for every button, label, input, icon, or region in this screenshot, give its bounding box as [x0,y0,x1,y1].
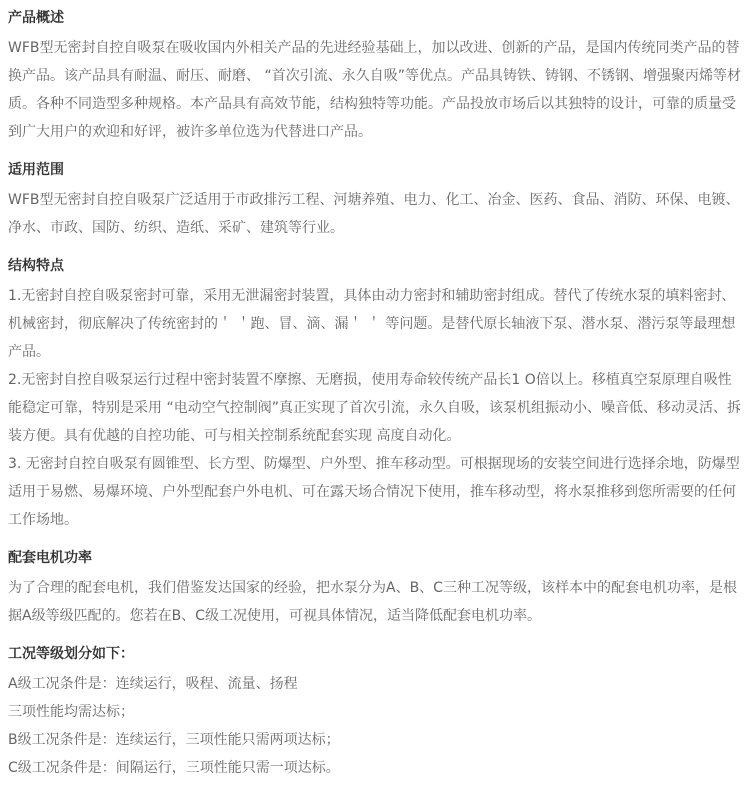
paragraph-grade-b-conditions: B级工况条件是：连续运行，三项性能只需两项达标； [8,726,742,754]
section-heading-product-overview: 产品概述 [8,8,742,28]
paragraph-grade-a-conditions: A级工况条件是：连续运行，吸程、流量、扬程 [8,670,742,698]
product-description-document: 产品概述 WFB型无密封自控自吸泵在吸收国内外相关产品的先进经验基础上，加以改进… [8,8,742,782]
paragraph-grade-c-conditions: C级工况条件是：间隔运行，三项性能只需一项达标。 [8,754,742,782]
section-motor-power: 配套电机功率 为了合理的配套电机，我们借鉴发达国家的经验，把水泵分为A、B、C三… [8,548,742,630]
section-product-overview: 产品概述 WFB型无密封自控自吸泵在吸收国内外相关产品的先进经验基础上，加以改进… [8,8,742,146]
paragraph-structural-feature-1: 1.无密封自控自吸泵密封可靠，采用无泄漏密封装置，具体由动力密封和辅助密封组成。… [8,282,742,366]
section-structural-features: 结构特点 1.无密封自控自吸泵密封可靠，采用无泄漏密封装置，具体由动力密封和辅助… [8,256,742,534]
section-application-scope: 适用范围 WFB型无密封自控自吸泵广泛适用于市政排污工程、河塘养殖、电力、化工、… [8,160,742,242]
paragraph-grade-a-requirement: 三项性能均需达标； [8,698,742,726]
paragraph-product-overview: WFB型无密封自控自吸泵在吸收国内外相关产品的先进经验基础上，加以改进、创新的产… [8,34,742,146]
paragraph-application-scope: WFB型无密封自控自吸泵广泛适用于市政排污工程、河塘养殖、电力、化工、冶金、医药… [8,186,742,242]
paragraph-structural-feature-2: 2.无密封自控自吸泵运行过程中密封装置不摩擦、无磨损，使用寿命较传统产品长1 O… [8,366,742,450]
section-heading-structural-features: 结构特点 [8,256,742,276]
section-heading-application-scope: 适用范围 [8,160,742,180]
paragraph-structural-feature-3: 3. 无密封自控自吸泵有圆锥型、长方型、防爆型、户外型、推车移动型。可根据现场的… [8,450,742,534]
section-condition-grades: 工况等级划分如下： A级工况条件是：连续运行，吸程、流量、扬程 三项性能均需达标… [8,644,742,782]
section-heading-condition-grades: 工况等级划分如下： [8,644,742,664]
paragraph-motor-power: 为了合理的配套电机，我们借鉴发达国家的经验，把水泵分为A、B、C三种工况等级，该… [8,574,742,630]
section-heading-motor-power: 配套电机功率 [8,548,742,568]
